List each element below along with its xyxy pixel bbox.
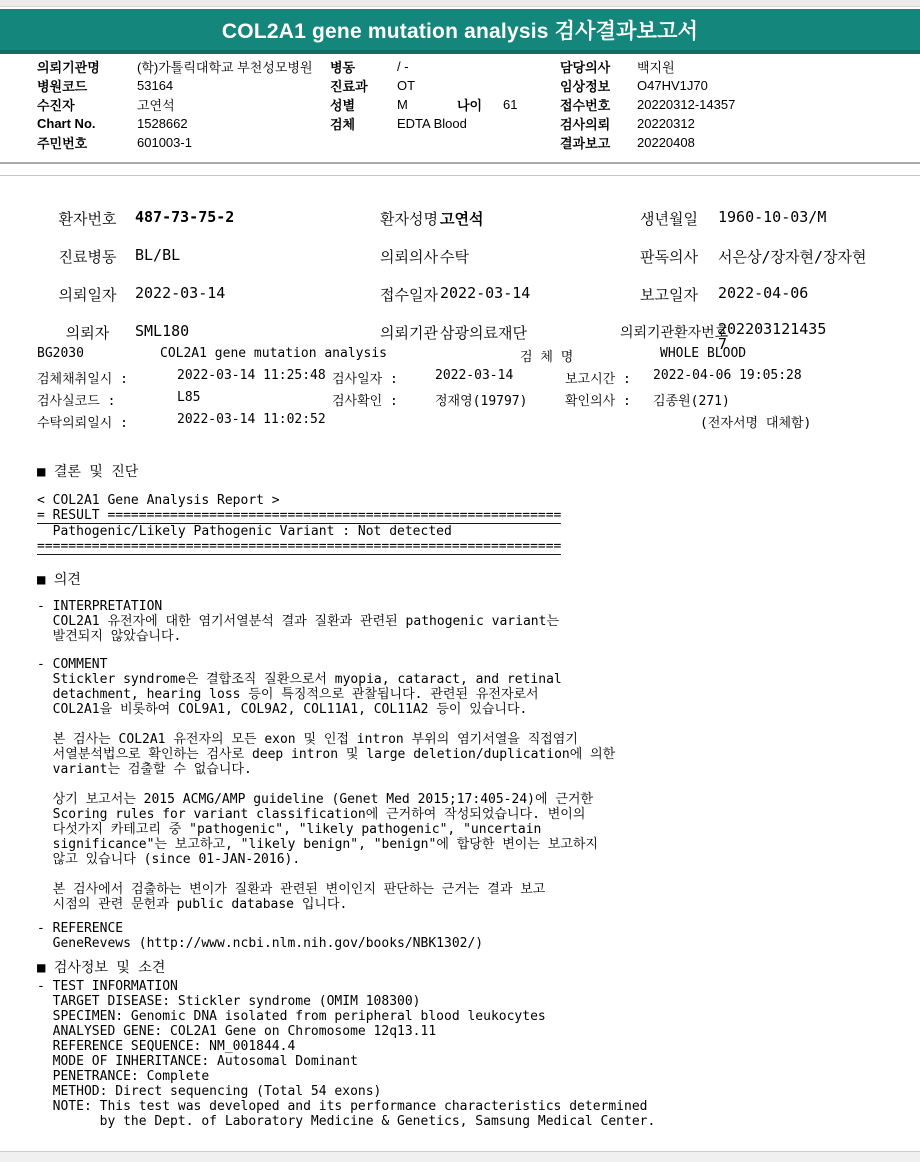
field-value: (학)가톨릭대학교 부천성모병원 xyxy=(137,57,313,76)
test-code: BG2030 xyxy=(37,346,160,361)
report-date-label: 보고일자 xyxy=(640,284,718,305)
collection-time-value: 2022-03-14 11:25:48 xyxy=(177,368,332,383)
patient-name-label: 환자성명 xyxy=(380,208,440,229)
header-right-column: 담당의사 백지원 임상정보 O47HV1J70 접수번호 20220312-14… xyxy=(560,57,890,152)
test-confirm-value: 정재영(19797) xyxy=(435,390,565,409)
field-value: EDTA Blood xyxy=(397,116,467,131)
result-report-title: < COL2A1 Gene Analysis Report > xyxy=(37,493,895,508)
field-label: 검사의뢰 xyxy=(560,114,637,133)
reading-doctor-label: 판독의사 xyxy=(640,246,718,267)
patient-name-value: 고연석 xyxy=(440,208,640,229)
header-middle-column: 병동 / - 진료과 OT 성별 M 나이 61 검체 EDTA Blood xyxy=(330,57,560,133)
test-detail-row: 수탁의뢰일시 : 2022-03-14 11:02:52 (전자서명 대체함) xyxy=(37,412,900,434)
referral-time-value: 2022-03-14 11:02:52 xyxy=(177,412,332,427)
header-field: 주민번호 601003-1 xyxy=(37,133,337,152)
field-value: 백지원 xyxy=(637,57,675,76)
confirm-doctor-label: 확인의사 : xyxy=(565,390,653,409)
field-label: 병동 xyxy=(330,57,397,76)
collection-time-label: 검체채취일시 : xyxy=(37,368,177,387)
referring-doctor-label: 의뢰의사 xyxy=(380,246,440,267)
field-value: 고연석 xyxy=(137,95,175,114)
field-value: 61 xyxy=(503,97,517,112)
report-title: COL2A1 gene mutation analysis 검사결과보고서 xyxy=(222,15,698,45)
request-date-label: 의뢰일자 xyxy=(40,284,135,305)
patient-id-label: 환자번호 xyxy=(40,208,135,229)
requester-label: 의뢰자 xyxy=(40,322,135,343)
result-value-line: Pathogenic/Likely Pathogenic Variant : N… xyxy=(37,524,895,539)
test-info-section-title: ■ 검사정보 및 소견 xyxy=(37,960,895,976)
report-body: ■ 결론 및 진단 < COL2A1 Gene Analysis Report … xyxy=(37,464,895,1129)
field-label: 수진자 xyxy=(37,95,137,114)
opinion-section-title: ■ 의견 xyxy=(37,572,895,588)
patient-id-value: 487-73-75-2 xyxy=(135,208,380,226)
lab-report-page: COL2A1 gene mutation analysis 검사결과보고서 의뢰… xyxy=(0,0,920,1162)
field-label: 주민번호 xyxy=(37,133,137,152)
field-value: 20220408 xyxy=(637,135,695,150)
divider-line xyxy=(0,162,920,164)
field-label: 접수번호 xyxy=(560,95,637,114)
lab-code-label: 검사실코드 : xyxy=(37,390,177,409)
table-row: 진료병동 BL/BL 의뢰의사 수탁 판독의사 서은상/장자현/장자현 xyxy=(0,240,920,278)
referring-org-value: 삼광의료재단 xyxy=(440,322,640,343)
org-patient-no-label: 의뢰기관환자번호 xyxy=(620,322,718,342)
header-field: Chart No. 1528662 xyxy=(37,114,337,133)
field-label: 담당의사 xyxy=(560,57,637,76)
table-row: 환자번호 487-73-75-2 환자성명 고연석 생년월일 1960-10-0… xyxy=(0,202,920,240)
specimen-label: 검 체 명 xyxy=(520,346,660,365)
header-field: 검체 EDTA Blood xyxy=(330,114,560,133)
referring-org-label: 의뢰기관 xyxy=(380,322,440,343)
divider-line xyxy=(0,175,920,176)
header-field: 담당의사 백지원 xyxy=(560,57,890,76)
field-value: 53164 xyxy=(137,78,173,93)
test-title-row: BG2030 COL2A1 gene mutation analysis 검 체… xyxy=(37,346,900,368)
test-confirm-label: 검사확인 : xyxy=(332,390,435,409)
header-field: 진료과 OT xyxy=(330,76,560,95)
field-label: 결과보고 xyxy=(560,133,637,152)
requester-value: SML180 xyxy=(135,322,380,340)
header-field: 접수번호 20220312-14357 xyxy=(560,95,890,114)
field-value: M xyxy=(397,97,457,112)
header-field: 임상정보 O47HV1J70 xyxy=(560,76,890,95)
receipt-date-value: 2022-03-14 xyxy=(440,284,640,302)
report-banner: COL2A1 gene mutation analysis 검사결과보고서 xyxy=(0,9,920,54)
test-name: COL2A1 gene mutation analysis xyxy=(160,346,520,361)
referring-doctor-value: 수탁 xyxy=(440,246,640,267)
referral-time-label: 수탁의뢰일시 : xyxy=(37,412,177,431)
field-label: 의뢰기관명 xyxy=(37,57,137,76)
result-block: < COL2A1 Gene Analysis Report > = RESULT… xyxy=(37,493,895,555)
header-field: 수진자 고연석 xyxy=(37,95,337,114)
specimen-value: WHOLE BLOOD xyxy=(660,346,746,361)
field-value: O47HV1J70 xyxy=(637,78,708,93)
report-time-label: 보고시간 : xyxy=(565,368,653,387)
report-date-value: 2022-04-06 xyxy=(718,284,920,302)
header-field: 병원코드 53164 xyxy=(37,76,337,95)
header-field: 결과보고 20220408 xyxy=(560,133,890,152)
field-label: 임상정보 xyxy=(560,76,637,95)
result-header-line: = RESULT ===============================… xyxy=(37,508,561,524)
ward-value: BL/BL xyxy=(135,246,380,264)
header-field: 성별 M 나이 61 xyxy=(330,95,560,114)
table-row: 의뢰일자 2022-03-14 접수일자 2022-03-14 보고일자 202… xyxy=(0,278,920,316)
field-label: 병원코드 xyxy=(37,76,137,95)
header-left-column: 의뢰기관명 (학)가톨릭대학교 부천성모병원 병원코드 53164 수진자 고연… xyxy=(37,57,337,152)
ward-label: 진료병동 xyxy=(40,246,135,267)
header-field: 의뢰기관명 (학)가톨릭대학교 부천성모병원 xyxy=(37,57,337,76)
esignature-note: (전자서명 대체함) xyxy=(700,412,811,431)
header-field: 검사의뢰 20220312 xyxy=(560,114,890,133)
field-value: 1528662 xyxy=(137,116,188,131)
reading-doctor-value: 서은상/장자현/장자현 xyxy=(718,246,920,267)
header-field: 병동 / - xyxy=(330,57,560,76)
test-summary-block: BG2030 COL2A1 gene mutation analysis 검 체… xyxy=(37,346,900,434)
field-value: / - xyxy=(397,59,409,74)
field-value: 20220312-14357 xyxy=(637,97,735,112)
test-date-label: 검사일자 : xyxy=(332,368,435,387)
field-value: OT xyxy=(397,78,415,93)
footer-strip xyxy=(0,1151,920,1162)
field-label: 진료과 xyxy=(330,76,397,95)
field-label: 나이 xyxy=(457,95,503,114)
conclusion-section-title: ■ 결론 및 진단 xyxy=(37,464,895,480)
report-time-value: 2022-04-06 19:05:28 xyxy=(653,368,802,383)
field-label: 성별 xyxy=(330,95,397,114)
test-detail-row: 검사실코드 : L85 검사확인 : 정재영(19797) 확인의사 : 김종원… xyxy=(37,390,900,412)
lab-code-value: L85 xyxy=(177,390,332,405)
receipt-date-label: 접수일자 xyxy=(380,284,440,305)
field-label: Chart No. xyxy=(37,116,137,131)
field-value: 601003-1 xyxy=(137,135,192,150)
birthdate-label: 생년월일 xyxy=(640,208,718,229)
test-detail-row: 검체채취일시 : 2022-03-14 11:25:48 검사일자 : 2022… xyxy=(37,368,900,390)
interpretation-text: - INTERPRETATION COL2A1 유전자에 대한 염기서열분석 결… xyxy=(37,599,895,644)
request-date-value: 2022-03-14 xyxy=(135,284,380,302)
test-information-text: - TEST INFORMATION TARGET DISEASE: Stick… xyxy=(37,979,895,1129)
confirm-doctor-value: 김종원(271) xyxy=(653,390,730,409)
patient-info-table: 환자번호 487-73-75-2 환자성명 고연석 생년월일 1960-10-0… xyxy=(0,202,920,354)
comment-text: - COMMENT Stickler syndrome은 결합조직 질환으로서 … xyxy=(37,657,895,912)
reference-text: - REFERENCE GeneRevews (http://www.ncbi.… xyxy=(37,921,895,951)
top-strip xyxy=(0,0,920,7)
result-end-line: ========================================… xyxy=(37,539,561,555)
field-label: 검체 xyxy=(330,114,397,133)
birthdate-value: 1960-10-03/M xyxy=(718,208,920,226)
field-value: 20220312 xyxy=(637,116,695,131)
test-date-value: 2022-03-14 xyxy=(435,368,565,383)
